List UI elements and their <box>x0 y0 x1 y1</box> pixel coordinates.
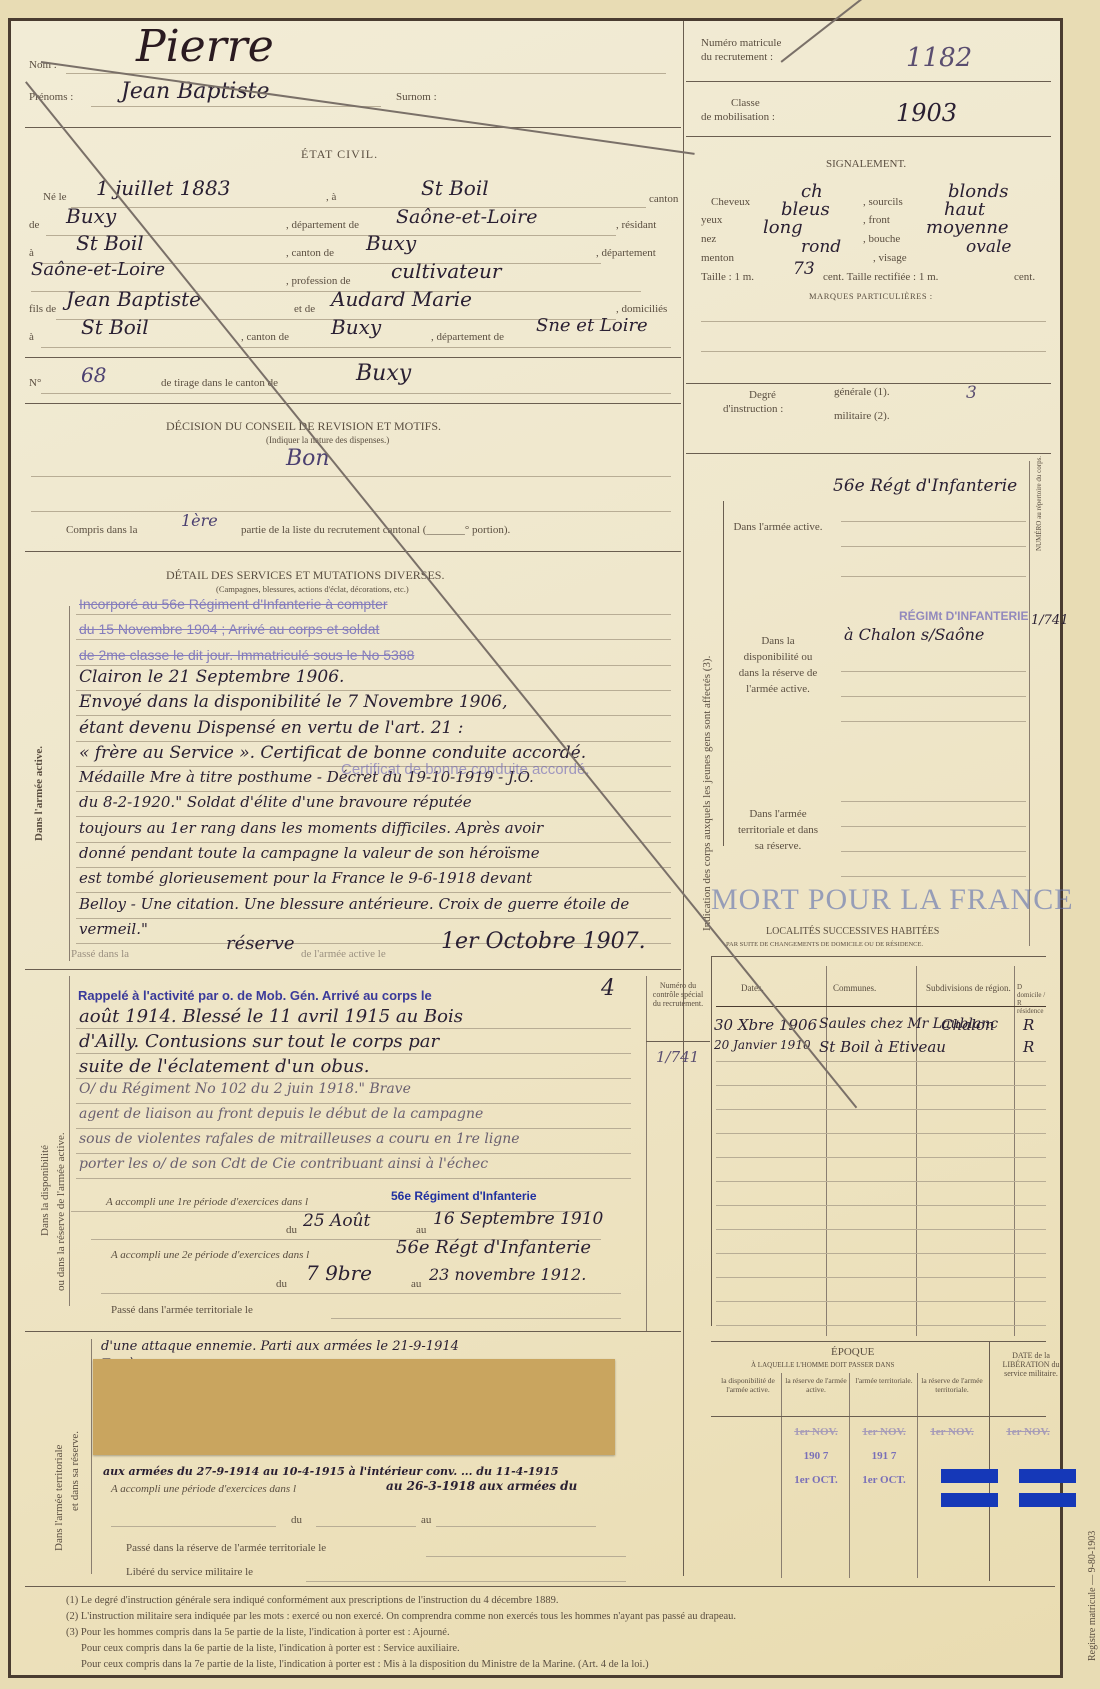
nom-value: Pierre <box>136 21 274 72</box>
passe-date: 1er Octobre 1907. <box>441 929 646 954</box>
ruled-line <box>76 1078 631 1079</box>
ruled-line <box>76 1028 631 1029</box>
registre-matricule-page: Pierre Nom : Prénoms : Jean Baptiste Sur… <box>8 18 1063 1678</box>
periode2-regiment: 56e Régt d'Infanterie <box>396 1237 591 1258</box>
domicilies-label: , domiciliés <box>616 303 667 315</box>
sourcils-label: , sourcils <box>863 196 903 208</box>
generale-label: générale (1). <box>834 386 890 398</box>
territoriale-au-label: au <box>421 1514 431 1526</box>
column-divider <box>683 21 684 1576</box>
ruled-line <box>76 665 671 666</box>
side-label-terr-2: et dans sa réserve. <box>69 1431 81 1511</box>
ruled-line <box>716 1085 1046 1086</box>
localites-subtitle: PAR SUITE DE CHANGEMENTS DE DOMICILE OU … <box>726 941 923 948</box>
ruled-line <box>716 1277 1046 1278</box>
epoque-title: ÉPOQUE <box>831 1346 874 1358</box>
periode2-au-label: au <box>411 1278 421 1290</box>
localites-col-header: Communes. <box>833 983 923 993</box>
localites-col-header: Subdivisions de région. <box>926 983 1016 993</box>
epoque-col-divider <box>917 1373 918 1578</box>
service-line: Clairon le 21 Septembre 1906. <box>79 667 344 687</box>
ruled-line <box>76 1103 631 1104</box>
ruled-line <box>716 1109 1046 1110</box>
dispo-line: suite de l'éclatement d'un obus. <box>79 1056 369 1077</box>
side-label-dispo-1: Dans la disponibilité <box>39 1145 51 1236</box>
generale-value: 3 <box>966 383 977 403</box>
localites-title: LOCALITÉS SUCCESSIVES HABITÉES <box>766 926 939 937</box>
pere-value: Jean Baptiste <box>66 287 201 311</box>
dispo-label: Dans la disponibilité ou dans la réserve… <box>733 633 823 697</box>
service-line: de 2me classe le dit jour. Immatriculé s… <box>79 647 414 663</box>
epoque-cell: 1er NOV. <box>784 1426 848 1438</box>
localite-date: 30 Xbre 1906 <box>714 1016 817 1034</box>
services-subtitle: (Campagnes, blessures, actions d'éclat, … <box>216 584 409 594</box>
side-label-active: Dans l'armée active. <box>33 746 45 841</box>
marker-blue-2 <box>1019 1469 1076 1483</box>
ruled-line <box>76 690 671 691</box>
ruled-line <box>716 1061 1046 1062</box>
territoriale-du-label: du <box>291 1514 302 1526</box>
dispo-line: O/ du Régiment No 102 du 2 juin 1918." B… <box>79 1081 411 1097</box>
classe-label-2: de mobilisation : <box>701 111 775 123</box>
canton-label: , canton de <box>286 247 334 259</box>
departement-residence: Saône-et-Loire <box>31 259 165 280</box>
service-line: Incorporé au 56e Régiment d'Infanterie à… <box>79 596 388 612</box>
nez-label: nez <box>701 233 716 245</box>
stamp-mort-pour-la-france: MORT POUR LA FRANCE <box>711 883 1074 917</box>
marker-blue-4 <box>1019 1493 1076 1507</box>
ruled-line <box>716 1325 1046 1326</box>
localites-col-header: D domicile / R résidence <box>1017 983 1047 1015</box>
domicile-canton-label: , canton de <box>241 331 289 343</box>
numero-repertoire-label: NUMÉRO au répertoire du corps. <box>1035 456 1043 551</box>
periode1-au: 16 Septembre 1910 <box>433 1209 603 1229</box>
epoque-cell: 1er OCT. <box>852 1474 916 1486</box>
epoque-col-header: la réserve de l'armée territoriale. <box>920 1376 984 1394</box>
passe-mid: de l'armée active le <box>301 948 386 960</box>
ruled-line <box>76 1128 631 1129</box>
periode1-du-label: du <box>286 1224 297 1236</box>
lieu-naissance: St Boil <box>421 176 489 200</box>
controle-label: Numéro du contrôle spécial du recrutemen… <box>649 981 707 1008</box>
territoriale-affect-label: Dans l'armée territoriale et dans sa rés… <box>733 806 823 854</box>
marques-label: MARQUES PARTICULIÈRES : <box>809 291 933 301</box>
ruled-line <box>76 715 671 716</box>
menton-value: rond <box>801 237 841 257</box>
localite-commune: St Boil à Etiveau <box>819 1038 946 1056</box>
side-label-dispo-2: ou dans la réserve de l'armée active. <box>55 1132 67 1291</box>
libere-label: Libéré du service militaire le <box>126 1566 253 1578</box>
periode2-label: A accompli une 2e période d'exercices da… <box>111 1249 309 1261</box>
ruled-line <box>716 1133 1046 1134</box>
canton-suffix: canton <box>649 193 678 205</box>
ruled-line <box>76 791 671 792</box>
et-de-label: et de <box>294 303 315 315</box>
epoque-col-header: la disponibilité de l'armée active. <box>716 1376 780 1394</box>
cancellation-stroke-matricule <box>781 0 869 62</box>
epoque-subtitle: À LAQUELLE L'HOMME DOIT PASSER DANS <box>751 1361 894 1369</box>
passe-label: Passé dans la <box>71 948 129 960</box>
dispo-line: sous de violentes rafales de mitrailleus… <box>79 1131 520 1147</box>
service-line: « frère au Service ». Certificat de bonn… <box>79 743 586 763</box>
classe-label-1: Classe <box>731 97 760 109</box>
periode2-au: 23 novembre 1912. <box>429 1265 586 1284</box>
service-line: toujours au 1er rang dans les moments di… <box>79 819 543 837</box>
ruled-line <box>76 639 671 640</box>
tirage-label: de tirage dans le canton de <box>161 377 278 389</box>
residant-a: St Boil <box>76 231 144 255</box>
matricule-value: 1182 <box>906 43 972 73</box>
taille-suffix: cent. Taille rectifiée : 1 m. <box>823 271 938 283</box>
menton-label: menton <box>701 252 734 264</box>
taille-label: Taille : 1 m. <box>701 271 754 283</box>
profession-label: , profession de <box>286 275 350 287</box>
fils-label: fils de <box>29 303 56 315</box>
service-line: du 15 Novembre 1904 ; Arrivé au corps et… <box>79 621 379 637</box>
ruled-line <box>76 1053 631 1054</box>
compris-suffix: partie de la liste du recrutement canton… <box>241 524 510 536</box>
canton-naissance: Buxy <box>66 204 116 228</box>
service-line: du 8-2-1920." Soldat d'élite d'une bravo… <box>79 793 472 811</box>
localite-type: R <box>1023 1016 1034 1034</box>
epoque-col-header: la réserve de l'armée active. <box>784 1376 848 1394</box>
epoque-cell: 191 7 <box>852 1450 916 1462</box>
ruled-line <box>76 892 671 893</box>
stamp-certificat: Certificat de bonne conduite accordé. <box>341 761 590 778</box>
periode1-au-label: au <box>416 1224 426 1236</box>
taille-value: 73 <box>793 259 815 279</box>
ruled-line <box>716 1253 1046 1254</box>
footnote: Pour ceux compris dans la 7e partie de l… <box>81 1659 649 1670</box>
domicile-departement: Sne et Loire <box>536 315 648 336</box>
dispo-stamp: RÉGIMt D'INFANTERIE <box>899 609 1029 623</box>
epoque-cell: 190 7 <box>784 1450 848 1462</box>
liberation-col-label: DATE de la LIBÉRATION du service militai… <box>996 1351 1066 1378</box>
epoque-cell: 1er NOV. <box>996 1426 1060 1438</box>
militaire-label: militaire (2). <box>834 410 890 422</box>
signalement-title: SIGNALEMENT. <box>826 158 906 170</box>
periode1-regiment: 56e Régiment d'Infanterie <box>391 1189 537 1203</box>
domicile-departement-label: , département de <box>431 331 504 343</box>
ne-le-label: Né le <box>43 191 67 203</box>
bouche-label: , bouche <box>863 233 900 245</box>
matricule-label-2: du recrutement : <box>701 51 773 63</box>
etat-civil-title: ÉTAT CIVIL. <box>301 147 378 162</box>
ruled-line <box>716 1205 1046 1206</box>
service-line: Envoyé dans la disponibilité le 7 Novemb… <box>79 692 508 712</box>
residant-label: , résidant <box>616 219 656 231</box>
compris-label: Compris dans la <box>66 524 138 536</box>
epoque-col-divider <box>849 1373 850 1578</box>
epoque-cell: 1er OCT. <box>784 1474 848 1486</box>
visage-value: ovale <box>966 237 1011 257</box>
service-line: donné pendant toute la campagne la valeu… <box>79 844 540 862</box>
periode2-du: 7 9bre <box>306 1261 372 1285</box>
service-line: étant devenu Dispensé en vertu de l'art.… <box>79 718 464 738</box>
nez-value: long <box>763 217 803 238</box>
mere-value: Audard Marie <box>331 287 472 311</box>
ruled-line <box>76 867 671 868</box>
passe-value: réserve <box>226 933 295 954</box>
localite-subdivision: Chalon <box>941 1016 995 1034</box>
no-label: N° <box>29 377 41 389</box>
periode1-du: 25 Août <box>303 1211 370 1231</box>
departement-naissance: Saône-et-Loire <box>396 206 537 228</box>
compris-partie: 1ère <box>181 511 218 530</box>
classe-value: 1903 <box>896 99 957 127</box>
ruled-line <box>76 1153 631 1154</box>
service-line: vermeil." <box>79 920 148 938</box>
territoriale-line-bottom: aux armées du 27-9-1914 au 10-4-1915 à l… <box>103 1465 559 1478</box>
residant-a-label: à <box>29 247 34 259</box>
departement-label: , département de <box>286 219 359 231</box>
periode1-label: A accompli une 1re période d'exercices d… <box>106 1196 308 1208</box>
footnote: (3) Pour les hommes compris dans la 5e p… <box>66 1627 450 1638</box>
ruled-line <box>76 842 671 843</box>
epoque-cell: 1er NOV. <box>852 1426 916 1438</box>
canton-residence: Buxy <box>366 231 416 255</box>
marker-blue-1 <box>941 1469 998 1483</box>
ruled-line <box>76 1178 631 1179</box>
territoriale-periode-value: au 26-3-1918 aux armées du <box>386 1479 577 1493</box>
territoriale-periode-label: A accompli une période d'exercices dans … <box>111 1483 296 1495</box>
ruled-line <box>716 1181 1046 1182</box>
localite-type: R <box>1023 1038 1034 1056</box>
departement-suffix: , département <box>596 247 656 259</box>
no-tirage: 68 <box>81 363 106 387</box>
service-line: est tombé glorieusement pour la France l… <box>79 869 532 887</box>
visage-label: , visage <box>873 252 907 264</box>
instruction-label-1: Degré <box>749 389 776 401</box>
localite-date: 20 Janvier 1910 <box>714 1038 811 1052</box>
domicile-a: St Boil <box>81 315 149 339</box>
active-label: Dans l'armée active. <box>733 521 823 533</box>
epoque-col-divider <box>781 1373 782 1578</box>
a-label: , à <box>326 191 336 203</box>
bouche-value: moyenne <box>926 217 1009 238</box>
dispo-line: août 1914. Blessé le 11 avril 1915 au Bo… <box>79 1006 463 1027</box>
date-naissance: 1 juillet 1883 <box>96 176 230 200</box>
front-label: , front <box>863 214 890 226</box>
footnote: (2) L'instruction militaire sera indiqué… <box>66 1611 736 1622</box>
ruled-line <box>76 816 671 817</box>
dispo-line: agent de liaison au front depuis le débu… <box>79 1106 483 1122</box>
ruled-line <box>76 614 671 615</box>
domicile-canton: Buxy <box>331 315 381 339</box>
dispo-line: 4 <box>601 976 615 1001</box>
ruled-line <box>76 918 671 919</box>
dispo-line: d'Ailly. Contusions sur tout le corps pa… <box>79 1031 439 1052</box>
localites-col-header: Dates. <box>741 983 831 993</box>
stamp-rappele: Rappelé à l'activité par o. de Mob. Gén.… <box>78 988 432 1003</box>
ruled-line <box>716 1301 1046 1302</box>
dispo-value: à Chalon s/Saône <box>844 625 984 644</box>
dispo-numero: 1/741 <box>1031 613 1068 628</box>
cancellation-stroke-top <box>41 61 695 154</box>
cheveux-label: Cheveux <box>711 196 750 208</box>
services-title: DÉTAIL DES SERVICES ET MUTATIONS DIVERSE… <box>166 568 444 583</box>
controle-value: 1/741 <box>656 1048 699 1066</box>
yeux-label: yeux <box>701 214 722 226</box>
ruled-line <box>76 741 671 742</box>
epoque-cell: 1er NOV. <box>920 1426 984 1438</box>
footnote: Pour ceux compris dans la 6e partie de l… <box>81 1643 460 1654</box>
side-label-terr-1: Dans l'armée territoriale <box>53 1445 65 1551</box>
marker-blue-3 <box>941 1493 998 1507</box>
tirage-canton: Buxy <box>356 361 411 386</box>
epoque-col-header: l'armée territoriale. <box>852 1376 916 1385</box>
domicile-a-label: à <box>29 331 34 343</box>
territoriale-line-top: d'une attaque ennemie. Parti aux armées … <box>101 1339 459 1354</box>
periode2-du-label: du <box>276 1278 287 1290</box>
footnote: (1) Le degré d'instruction générale sera… <box>66 1595 558 1606</box>
territoriale-label: Passé dans l'armée territoriale le <box>111 1304 253 1316</box>
dispo-line: porter les o/ de son Cdt de Cie contribu… <box>79 1156 488 1172</box>
surnom-label: Surnom : <box>396 91 437 103</box>
de-label: de <box>29 219 39 231</box>
ruled-line <box>716 1229 1046 1230</box>
reserve-territoriale-label: Passé dans la réserve de l'armée territo… <box>126 1542 326 1554</box>
margin-note: Registre matricule — 9-80-1903 <box>1087 1531 1098 1661</box>
service-line: Belloy - Une citation. Une blessure anté… <box>79 895 629 913</box>
paper-tape-overlay <box>93 1359 615 1455</box>
matricule-label-1: Numéro matricule <box>701 37 781 49</box>
instruction-label-2: d'instruction : <box>723 403 783 415</box>
decision-subtitle: (Indiquer la nature des dispenses.) <box>266 435 389 445</box>
profession-value: cultivateur <box>391 259 501 283</box>
active-value: 56e Régt d'Infanterie <box>833 476 1017 496</box>
cent-label: cent. <box>1014 271 1035 283</box>
ruled-line <box>716 1157 1046 1158</box>
